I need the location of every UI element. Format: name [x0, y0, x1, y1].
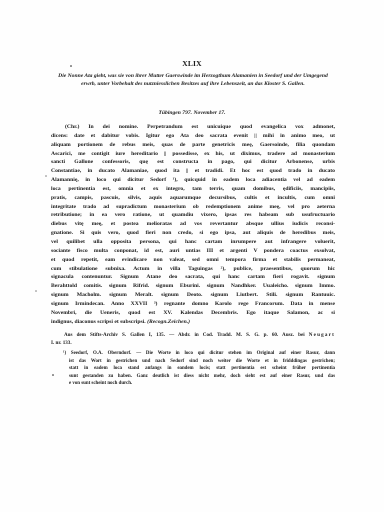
- charter-line: retributione; in ea vero ratione, ut qua…: [51, 211, 335, 220]
- charter-line: Constantiae, in ducato Alamaniae, quod i…: [51, 167, 335, 176]
- scan-speck: [45, 175, 47, 177]
- charter-line: integritate trado ad supradictum monaste…: [51, 203, 335, 212]
- charter-line: et quod repetit, eam evindicare non vale…: [51, 256, 335, 265]
- charter-line: signum Irmindecan. Anno XXVII ³) regnant…: [51, 300, 335, 309]
- charter-text: (Chr.) In dei nomine. Perpetrandum est u…: [51, 123, 335, 326]
- charter-line: vel quilibet ulla opposita persona, qui …: [51, 238, 335, 247]
- source-note: Aus dem Stifts-Archiv S. Gallen I, 135. …: [51, 331, 335, 347]
- footnote-line: ist das Wort in gestrichen und nach Sedo…: [63, 358, 335, 366]
- charter-line: signum Macholm. signum Meralt. signum De…: [51, 291, 335, 300]
- scan-speck: [52, 374, 54, 376]
- charter-line: Novembri, die Ueneris, quod est XV. Kale…: [51, 309, 335, 318]
- dateline: Tübingen 797. November 17.: [0, 110, 384, 116]
- source-author: Neugart: [309, 332, 335, 338]
- charter-line: (Chr.) In dei nomine. Perpetrandum est u…: [51, 123, 335, 132]
- scan-speck: [70, 65, 72, 67]
- charter-line: dicens: date et dabitur vobis. Igitur eg…: [51, 132, 335, 141]
- charter-line: indignus, diaconus scripsi et subscripsi…: [51, 319, 146, 325]
- recognition-mark: (Recogn.Zeichen.): [147, 319, 190, 325]
- document-summary: Die Nonne Ata giebt, was sie von ihrer M…: [52, 72, 334, 89]
- source-line: Aus dem Stifts-Archiv S. Gallen I, 135. …: [51, 331, 335, 339]
- charter-line: gnatione. Si quis vero, quod fieri non c…: [51, 229, 335, 238]
- charter-line: loca pertinentia est, omnia et ex integr…: [51, 185, 335, 194]
- charter-line: Alamannię, in loco qui dicitur Sedorf ¹)…: [51, 176, 335, 185]
- footnote: ¹) Seedorf, O.A. Oberndorf. — Die Worte …: [63, 350, 335, 388]
- charter-line: cum stibulatione subnixa. Actum in villa…: [51, 265, 335, 274]
- charter-line: aliquam portionem de rebus meis, quas de…: [51, 141, 335, 150]
- charter-line: Ascarici, me contigit iure hereditario |…: [51, 150, 335, 159]
- charter-line: signacula contenuntur. Signum Atane deo …: [51, 273, 335, 282]
- charter-line: sancti Gallone confessoris, quę est cons…: [51, 158, 335, 167]
- document-number: XLIX: [0, 59, 384, 68]
- source-text: Aus dem Stifts-Archiv S. Gallen I, 135. …: [64, 332, 305, 338]
- footnote-line: e von sunt scheint noch durch.: [63, 380, 335, 388]
- footnote-line: statt in eadem loca stand anfangs in ean…: [63, 365, 335, 373]
- footnote-line: ¹) Seedorf, O.A. Oberndorf. — Die Worte …: [63, 350, 335, 358]
- footnote-line: sunt gestanden zu haben. Ganz deutlich i…: [63, 373, 335, 381]
- charter-line: pratis, campis, pascuis, silvis, aquis a…: [51, 194, 335, 203]
- source-line: I. nr. 133.: [51, 339, 335, 347]
- charter-last-line: indignus, diaconus scripsi et subscripsi…: [51, 318, 335, 327]
- charter-line: sociante fisco multa conponat, id est, a…: [51, 247, 335, 256]
- scan-speck: [35, 290, 37, 292]
- document-page: XLIX Die Nonne Ata giebt, was sie von ih…: [0, 0, 384, 512]
- charter-line: Berahttold comitis. signum Rifrid. signu…: [51, 282, 335, 291]
- charter-line: diebus vitę meę, et postea melioratas ad…: [51, 220, 335, 229]
